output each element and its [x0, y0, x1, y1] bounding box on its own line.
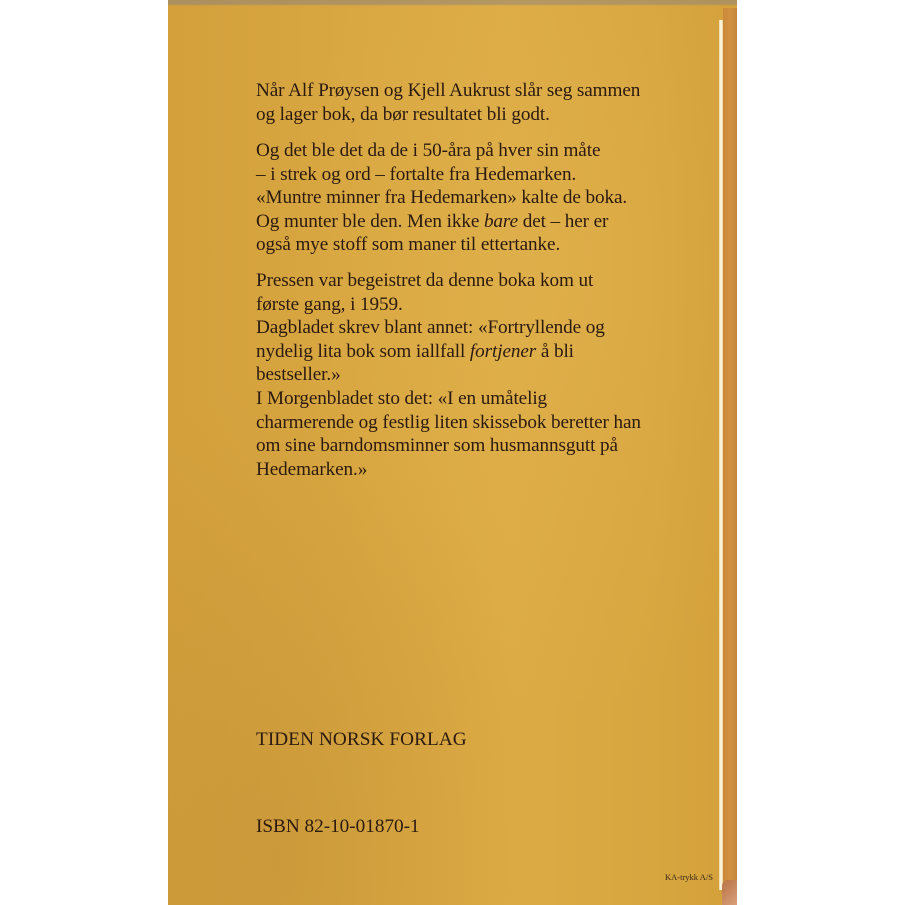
blurb-line: også mye stoff som maner til ettertanke.: [256, 233, 696, 257]
book-spine-edge: [723, 8, 737, 905]
blurb-paragraph-history: Og det ble det da de i 50-åra på hver si…: [256, 139, 696, 257]
blurb-line: Hedemarken.»: [256, 458, 696, 482]
blurb-line: – i strek og ord – fortalte fra Hedemark…: [256, 163, 696, 187]
blurb-line: og lager bok, da bør resultatet bli godt…: [256, 103, 696, 127]
blurb-line: nydelig lita bok som iallfall fortjener …: [256, 340, 696, 364]
blurb-line: Og det ble det da de i 50-åra på hver si…: [256, 139, 696, 163]
blurb-line: «Muntre minner fra Hedemarken» kalte de …: [256, 186, 696, 210]
blurb-line: I Morgenbladet sto det: «I en umåtelig: [256, 387, 696, 411]
blurb-line: Dagbladet skrev blant annet: «Fortryllen…: [256, 316, 696, 340]
blurb-line: charmerende og festlig liten skissebok b…: [256, 411, 696, 435]
blurb-line: Pressen var begeistret da denne boka kom…: [256, 269, 696, 293]
blurb-line: første gang, i 1959.: [256, 293, 696, 317]
blurb-paragraph-intro: Når Alf Prøysen og Kjell Aukrust slår se…: [256, 79, 696, 126]
blurb-line: om sine barndomsminner som husmannsgutt …: [256, 434, 696, 458]
blurb-line: Og munter ble den. Men ikke bare det – h…: [256, 210, 696, 234]
emphasis-fortjener: fortjener: [470, 341, 536, 362]
publisher-name: TIDEN NORSK FORLAG: [256, 729, 467, 751]
blurb-paragraph-press-quotes: Pressen var begeistret da denne boka kom…: [256, 269, 696, 481]
blurb-line: bestseller.»: [256, 363, 696, 387]
emphasis-bare: bare: [484, 211, 518, 232]
printer-mark: KA-trykk A/S: [665, 872, 721, 882]
cover-corner-wear: [722, 880, 737, 905]
blurb-line: Når Alf Prøysen og Kjell Aukrust slår se…: [256, 79, 696, 103]
isbn-number: ISBN 82-10-01870-1: [256, 816, 420, 838]
